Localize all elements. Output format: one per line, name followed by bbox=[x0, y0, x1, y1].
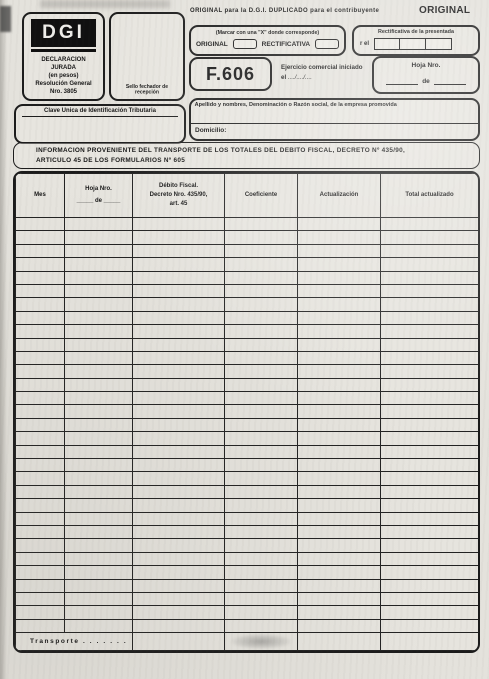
col-header-total: Total actualizado bbox=[381, 174, 479, 218]
table-row bbox=[16, 472, 479, 485]
hoja-cell[interactable] bbox=[65, 619, 133, 632]
coeficiente-cell[interactable] bbox=[225, 284, 298, 297]
total-cell[interactable] bbox=[381, 418, 479, 431]
mes-cell[interactable] bbox=[16, 325, 65, 338]
coeficiente-cell[interactable] bbox=[225, 351, 298, 364]
hoja-cell[interactable] bbox=[65, 271, 133, 284]
mes-cell[interactable] bbox=[16, 592, 65, 605]
total-cell[interactable] bbox=[381, 525, 479, 538]
table-row bbox=[16, 231, 479, 244]
copy-type-label: ORIGINAL bbox=[419, 5, 470, 16]
company-name-label: Apellido y nombres, Denominación o Razón… bbox=[191, 100, 455, 107]
hoja-cell[interactable] bbox=[65, 298, 133, 311]
hoja-cell[interactable] bbox=[65, 579, 133, 592]
actualizacion-cell[interactable] bbox=[298, 432, 381, 445]
hoja-cell[interactable] bbox=[65, 552, 133, 565]
debito-cell[interactable] bbox=[133, 525, 225, 538]
hoja-cell[interactable] bbox=[65, 325, 133, 338]
banner-line-2: ARTICULO 45 DE LOS FORMULARIOS Nº 605 bbox=[36, 156, 471, 166]
total-cell[interactable] bbox=[381, 311, 479, 324]
actualizacion-cell[interactable] bbox=[298, 512, 381, 525]
table-header-row: Mes Hoja Nro. _____ de _____ Débito Fisc… bbox=[16, 174, 479, 218]
cuit-box: Clave Unica de Identificación Tributaria bbox=[14, 104, 186, 144]
rectificativa-number-box-2[interactable] bbox=[399, 38, 426, 50]
total-cell[interactable] bbox=[381, 284, 479, 297]
company-name-field[interactable] bbox=[191, 114, 478, 124]
actualizacion-cell[interactable] bbox=[298, 405, 381, 418]
rectificativa-option-label: RECTIFICATIVA bbox=[262, 41, 311, 48]
transporte-coeficiente-cell[interactable] bbox=[225, 633, 298, 651]
mes-cell[interactable] bbox=[16, 418, 65, 431]
hoja-nro-box: Hoja Nro. de bbox=[372, 56, 480, 94]
banner-line-1: INFORMACION PROVENIENTE DEL TRANSPORTE D… bbox=[36, 146, 471, 156]
mes-cell[interactable] bbox=[16, 258, 65, 271]
transporte-actualizacion-cell[interactable] bbox=[298, 633, 381, 651]
mes-cell[interactable] bbox=[16, 218, 65, 231]
table-row bbox=[16, 271, 479, 284]
debito-cell[interactable] bbox=[133, 566, 225, 579]
rectificativa-number-box-3[interactable] bbox=[425, 38, 452, 50]
total-cell[interactable] bbox=[381, 258, 479, 271]
total-cell[interactable] bbox=[381, 552, 479, 565]
mes-cell[interactable] bbox=[16, 392, 65, 405]
debito-cell[interactable] bbox=[133, 432, 225, 445]
coeficiente-cell[interactable] bbox=[225, 579, 298, 592]
hoja-cell[interactable] bbox=[65, 218, 133, 231]
hoja-cell[interactable] bbox=[65, 485, 133, 498]
table-row bbox=[16, 218, 479, 231]
total-cell[interactable] bbox=[381, 432, 479, 445]
table-body bbox=[16, 218, 479, 633]
total-cell[interactable] bbox=[381, 271, 479, 284]
mes-cell[interactable] bbox=[16, 445, 65, 458]
actualizacion-cell[interactable] bbox=[298, 445, 381, 458]
hoja-cell[interactable] bbox=[65, 405, 133, 418]
debito-cell[interactable] bbox=[133, 284, 225, 297]
debito-cell[interactable] bbox=[133, 606, 225, 619]
coeficiente-cell[interactable] bbox=[225, 325, 298, 338]
ejercicio-label: Ejercicio comercial iniciado bbox=[281, 63, 381, 73]
total-cell[interactable] bbox=[381, 378, 479, 391]
total-cell[interactable] bbox=[381, 445, 479, 458]
debito-fiscal-table: Mes Hoja Nro. _____ de _____ Débito Fisc… bbox=[13, 171, 480, 653]
actualizacion-cell[interactable] bbox=[298, 258, 381, 271]
table-row bbox=[16, 432, 479, 445]
debito-cell[interactable] bbox=[133, 365, 225, 378]
table-row bbox=[16, 418, 479, 431]
table-row bbox=[16, 512, 479, 525]
dgi-logo: DGI bbox=[31, 19, 96, 47]
hoja-cell[interactable] bbox=[65, 244, 133, 257]
actualizacion-cell[interactable] bbox=[298, 231, 381, 244]
scan-top-smudge bbox=[40, 0, 170, 8]
total-cell[interactable] bbox=[381, 244, 479, 257]
hoja-number-field[interactable] bbox=[386, 77, 418, 85]
marking-instruction: (Marcar con una "X" donde corresponde) bbox=[205, 30, 331, 35]
actualizacion-cell[interactable] bbox=[298, 218, 381, 231]
hoja-nro-label: Hoja Nro. bbox=[374, 62, 478, 69]
section-banner: INFORMACION PROVENIENTE DEL TRANSPORTE D… bbox=[13, 142, 480, 169]
coeficiente-cell[interactable] bbox=[225, 311, 298, 324]
hoja-cell[interactable] bbox=[65, 231, 133, 244]
ejercicio-prefix: el bbox=[281, 74, 286, 81]
coeficiente-cell[interactable] bbox=[225, 606, 298, 619]
coeficiente-cell[interactable] bbox=[225, 485, 298, 498]
hoja-cell[interactable] bbox=[65, 338, 133, 351]
mes-cell[interactable] bbox=[16, 606, 65, 619]
table-row bbox=[16, 351, 479, 364]
total-cell[interactable] bbox=[381, 606, 479, 619]
actualizacion-cell[interactable] bbox=[298, 271, 381, 284]
transporte-row: Transporte . . . . . . . bbox=[16, 633, 479, 651]
hoja-cell[interactable] bbox=[65, 512, 133, 525]
mes-cell[interactable] bbox=[16, 311, 65, 324]
total-cell[interactable] bbox=[381, 619, 479, 632]
actualizacion-cell[interactable] bbox=[298, 365, 381, 378]
hoja-cell[interactable] bbox=[65, 284, 133, 297]
table-row bbox=[16, 298, 479, 311]
total-cell[interactable] bbox=[381, 338, 479, 351]
actualizacion-cell[interactable] bbox=[298, 244, 381, 257]
table-row bbox=[16, 539, 479, 552]
declaration-line-2: JURADA bbox=[24, 64, 103, 72]
debito-cell[interactable] bbox=[133, 405, 225, 418]
actualizacion-cell[interactable] bbox=[298, 298, 381, 311]
coeficiente-cell[interactable] bbox=[225, 445, 298, 458]
total-cell[interactable] bbox=[381, 592, 479, 605]
hoja-cell[interactable] bbox=[65, 606, 133, 619]
total-cell[interactable] bbox=[381, 231, 479, 244]
actualizacion-cell[interactable] bbox=[298, 472, 381, 485]
mes-cell[interactable] bbox=[16, 365, 65, 378]
distribution-note: ORIGINAL para la D.G.I. DUPLICADO para e… bbox=[190, 8, 418, 14]
actualizacion-cell[interactable] bbox=[298, 606, 381, 619]
actualizacion-cell[interactable] bbox=[298, 579, 381, 592]
hoja-cell[interactable] bbox=[65, 472, 133, 485]
hoja-cell[interactable] bbox=[65, 365, 133, 378]
coeficiente-cell[interactable] bbox=[225, 338, 298, 351]
hoja-cell[interactable] bbox=[65, 566, 133, 579]
actualizacion-cell[interactable] bbox=[298, 592, 381, 605]
coeficiente-cell[interactable] bbox=[225, 472, 298, 485]
debito-cell[interactable] bbox=[133, 271, 225, 284]
ejercicio-date-field[interactable]: ..../..../.... bbox=[288, 74, 312, 81]
form-code-box: F.606 bbox=[189, 57, 272, 91]
hoja-cell[interactable] bbox=[65, 499, 133, 512]
debito-cell[interactable] bbox=[133, 218, 225, 231]
declaration-line-3: (en pesos) bbox=[24, 72, 103, 80]
hoja-cell[interactable] bbox=[65, 539, 133, 552]
actualizacion-cell[interactable] bbox=[298, 351, 381, 364]
coeficiente-cell[interactable] bbox=[225, 271, 298, 284]
mes-cell[interactable] bbox=[16, 244, 65, 257]
hoja-cell[interactable] bbox=[65, 311, 133, 324]
table-row bbox=[16, 566, 479, 579]
rectificativa-prefix: r el bbox=[360, 41, 369, 47]
actualizacion-cell[interactable] bbox=[298, 552, 381, 565]
actualizacion-cell[interactable] bbox=[298, 338, 381, 351]
total-cell[interactable] bbox=[381, 485, 479, 498]
coeficiente-cell[interactable] bbox=[225, 365, 298, 378]
hoja-cell[interactable] bbox=[65, 459, 133, 472]
table-row bbox=[16, 592, 479, 605]
table-row bbox=[16, 619, 479, 632]
actualizacion-cell[interactable] bbox=[298, 418, 381, 431]
actualizacion-cell[interactable] bbox=[298, 311, 381, 324]
table-row bbox=[16, 325, 479, 338]
rectificativa-number-box-1[interactable] bbox=[374, 38, 401, 50]
hoja-cell[interactable] bbox=[65, 432, 133, 445]
actualizacion-cell[interactable] bbox=[298, 325, 381, 338]
actualizacion-cell[interactable] bbox=[298, 392, 381, 405]
stamp-smudge bbox=[231, 634, 291, 649]
debito-cell[interactable] bbox=[133, 244, 225, 257]
col-header-debito: Débito Fiscal. Decreto Nro. 435/90, art.… bbox=[133, 174, 225, 218]
total-cell[interactable] bbox=[381, 472, 479, 485]
hoja-de-label: de bbox=[422, 78, 430, 85]
hoja-cell[interactable] bbox=[65, 258, 133, 271]
cuit-label: Clave Unica de Identificación Tributaria bbox=[22, 106, 178, 117]
debito-cell[interactable] bbox=[133, 512, 225, 525]
mes-cell[interactable] bbox=[16, 525, 65, 538]
debito-cell[interactable] bbox=[133, 351, 225, 364]
table-row bbox=[16, 405, 479, 418]
table-row bbox=[16, 365, 479, 378]
table-row bbox=[16, 258, 479, 271]
coeficiente-cell[interactable] bbox=[225, 539, 298, 552]
mes-cell[interactable] bbox=[16, 472, 65, 485]
mes-cell[interactable] bbox=[16, 619, 65, 632]
debito-cell[interactable] bbox=[133, 378, 225, 391]
table-row bbox=[16, 244, 479, 257]
mes-cell[interactable] bbox=[16, 459, 65, 472]
debito-cell[interactable] bbox=[133, 418, 225, 431]
coeficiente-cell[interactable] bbox=[225, 512, 298, 525]
debito-cell[interactable] bbox=[133, 338, 225, 351]
hoja-cell[interactable] bbox=[65, 378, 133, 391]
table-row bbox=[16, 378, 479, 391]
table-row bbox=[16, 499, 479, 512]
debito-cell[interactable] bbox=[133, 392, 225, 405]
table-row bbox=[16, 579, 479, 592]
table-row bbox=[16, 459, 479, 472]
table-row bbox=[16, 284, 479, 297]
rectificativa-box: Rectificativa de la presentada r el bbox=[352, 25, 480, 56]
hoja-total-field[interactable] bbox=[434, 77, 466, 85]
actualizacion-cell[interactable] bbox=[298, 525, 381, 538]
debito-cell[interactable] bbox=[133, 311, 225, 324]
total-cell[interactable] bbox=[381, 539, 479, 552]
hoja-cell[interactable] bbox=[65, 392, 133, 405]
domicilio-label: Domicilio: bbox=[191, 124, 478, 134]
scan-corner-mark bbox=[0, 6, 11, 32]
total-cell[interactable] bbox=[381, 351, 479, 364]
table-row bbox=[16, 485, 479, 498]
total-cell[interactable] bbox=[381, 459, 479, 472]
table-row bbox=[16, 338, 479, 351]
coeficiente-cell[interactable] bbox=[225, 525, 298, 538]
debito-cell[interactable] bbox=[133, 472, 225, 485]
col-header-mes: Mes bbox=[16, 174, 65, 218]
coeficiente-cell[interactable] bbox=[225, 378, 298, 391]
debito-cell[interactable] bbox=[133, 258, 225, 271]
col-header-coeficiente: Coeficiente bbox=[225, 174, 298, 218]
coeficiente-cell[interactable] bbox=[225, 432, 298, 445]
coeficiente-cell[interactable] bbox=[225, 566, 298, 579]
mes-cell[interactable] bbox=[16, 338, 65, 351]
table-row bbox=[16, 445, 479, 458]
total-cell[interactable] bbox=[381, 579, 479, 592]
mes-cell[interactable] bbox=[16, 432, 65, 445]
original-checkbox[interactable] bbox=[233, 39, 257, 49]
coeficiente-cell[interactable] bbox=[225, 418, 298, 431]
debito-cell[interactable] bbox=[133, 445, 225, 458]
actualizacion-cell[interactable] bbox=[298, 485, 381, 498]
actualizacion-cell[interactable] bbox=[298, 619, 381, 632]
coeficiente-cell[interactable] bbox=[225, 258, 298, 271]
reception-stamp-label: Sello fechador de recepción bbox=[114, 84, 180, 95]
coeficiente-cell[interactable] bbox=[225, 499, 298, 512]
table-row bbox=[16, 525, 479, 538]
dgi-logo-box: DGI DECLARACION JURADA (en pesos) Resolu… bbox=[22, 12, 105, 101]
actualizacion-cell[interactable] bbox=[298, 284, 381, 297]
table-row bbox=[16, 311, 479, 324]
total-cell[interactable] bbox=[381, 218, 479, 231]
mes-cell[interactable] bbox=[16, 298, 65, 311]
actualizacion-cell[interactable] bbox=[298, 566, 381, 579]
coeficiente-cell[interactable] bbox=[225, 552, 298, 565]
total-cell[interactable] bbox=[381, 365, 479, 378]
debito-cell[interactable] bbox=[133, 231, 225, 244]
marking-box: (Marcar con una "X" donde corresponde) O… bbox=[189, 25, 346, 56]
coeficiente-cell[interactable] bbox=[225, 459, 298, 472]
coeficiente-cell[interactable] bbox=[225, 405, 298, 418]
total-cell[interactable] bbox=[381, 512, 479, 525]
mes-cell[interactable] bbox=[16, 579, 65, 592]
company-box: Apellido y nombres, Denominación o Razón… bbox=[189, 98, 480, 141]
hoja-cell[interactable] bbox=[65, 418, 133, 431]
actualizacion-cell[interactable] bbox=[298, 539, 381, 552]
debito-cell[interactable] bbox=[133, 619, 225, 632]
original-option-label: ORIGINAL bbox=[196, 41, 228, 48]
coeficiente-cell[interactable] bbox=[225, 619, 298, 632]
hoja-cell[interactable] bbox=[65, 445, 133, 458]
debito-cell[interactable] bbox=[133, 552, 225, 565]
mes-cell[interactable] bbox=[16, 284, 65, 297]
debito-cell[interactable] bbox=[133, 579, 225, 592]
coeficiente-cell[interactable] bbox=[225, 392, 298, 405]
mes-cell[interactable] bbox=[16, 539, 65, 552]
debito-cell[interactable] bbox=[133, 325, 225, 338]
debito-cell[interactable] bbox=[133, 298, 225, 311]
scanned-tax-form-f606: ORIGINAL para la D.G.I. DUPLICADO para e… bbox=[0, 0, 489, 679]
mes-cell[interactable] bbox=[16, 552, 65, 565]
table-row bbox=[16, 392, 479, 405]
debito-cell[interactable] bbox=[133, 499, 225, 512]
mes-cell[interactable] bbox=[16, 231, 65, 244]
actualizacion-cell[interactable] bbox=[298, 459, 381, 472]
coeficiente-cell[interactable] bbox=[225, 218, 298, 231]
transporte-label: Transporte . . . . . . . bbox=[16, 633, 133, 651]
mes-cell[interactable] bbox=[16, 566, 65, 579]
table-row bbox=[16, 606, 479, 619]
col-header-actualizacion: Actualización bbox=[298, 174, 381, 218]
total-cell[interactable] bbox=[381, 325, 479, 338]
coeficiente-cell[interactable] bbox=[225, 231, 298, 244]
total-cell[interactable] bbox=[381, 405, 479, 418]
mes-cell[interactable] bbox=[16, 405, 65, 418]
hoja-cell[interactable] bbox=[65, 525, 133, 538]
transporte-total-cell[interactable] bbox=[381, 633, 479, 651]
mes-cell[interactable] bbox=[16, 351, 65, 364]
declaration-line-1: DECLARACION bbox=[24, 56, 103, 64]
actualizacion-cell[interactable] bbox=[298, 499, 381, 512]
table-row bbox=[16, 552, 479, 565]
transporte-debito-cell[interactable] bbox=[133, 633, 225, 651]
ejercicio-section: Ejercicio comercial iniciado el ..../...… bbox=[281, 63, 381, 83]
rectificativa-checkbox[interactable] bbox=[315, 39, 339, 49]
mes-cell[interactable] bbox=[16, 499, 65, 512]
debito-cell[interactable] bbox=[133, 485, 225, 498]
total-cell[interactable] bbox=[381, 566, 479, 579]
col-header-hoja: Hoja Nro. _____ de _____ bbox=[65, 174, 133, 218]
coeficiente-cell[interactable] bbox=[225, 592, 298, 605]
total-cell[interactable] bbox=[381, 298, 479, 311]
reception-stamp-box: Sello fechador de recepción bbox=[109, 12, 185, 101]
form-code: F.606 bbox=[206, 64, 255, 85]
actualizacion-cell[interactable] bbox=[298, 378, 381, 391]
debito-cell[interactable] bbox=[133, 459, 225, 472]
hoja-cell[interactable] bbox=[65, 351, 133, 364]
total-cell[interactable] bbox=[381, 499, 479, 512]
debito-cell[interactable] bbox=[133, 539, 225, 552]
declaration-line-5: Nro. 3805 bbox=[24, 88, 103, 96]
mes-cell[interactable] bbox=[16, 378, 65, 391]
total-cell[interactable] bbox=[381, 392, 479, 405]
coeficiente-cell[interactable] bbox=[225, 244, 298, 257]
dgi-logo-rule bbox=[31, 49, 96, 52]
scan-edge-shadow bbox=[0, 0, 7, 679]
mes-cell[interactable] bbox=[16, 271, 65, 284]
debito-cell[interactable] bbox=[133, 592, 225, 605]
declaration-line-4: Resolución General bbox=[24, 80, 103, 88]
hoja-cell[interactable] bbox=[65, 592, 133, 605]
rectificativa-title: Rectificativa de la presentada bbox=[364, 29, 468, 34]
mes-cell[interactable] bbox=[16, 485, 65, 498]
mes-cell[interactable] bbox=[16, 512, 65, 525]
coeficiente-cell[interactable] bbox=[225, 298, 298, 311]
